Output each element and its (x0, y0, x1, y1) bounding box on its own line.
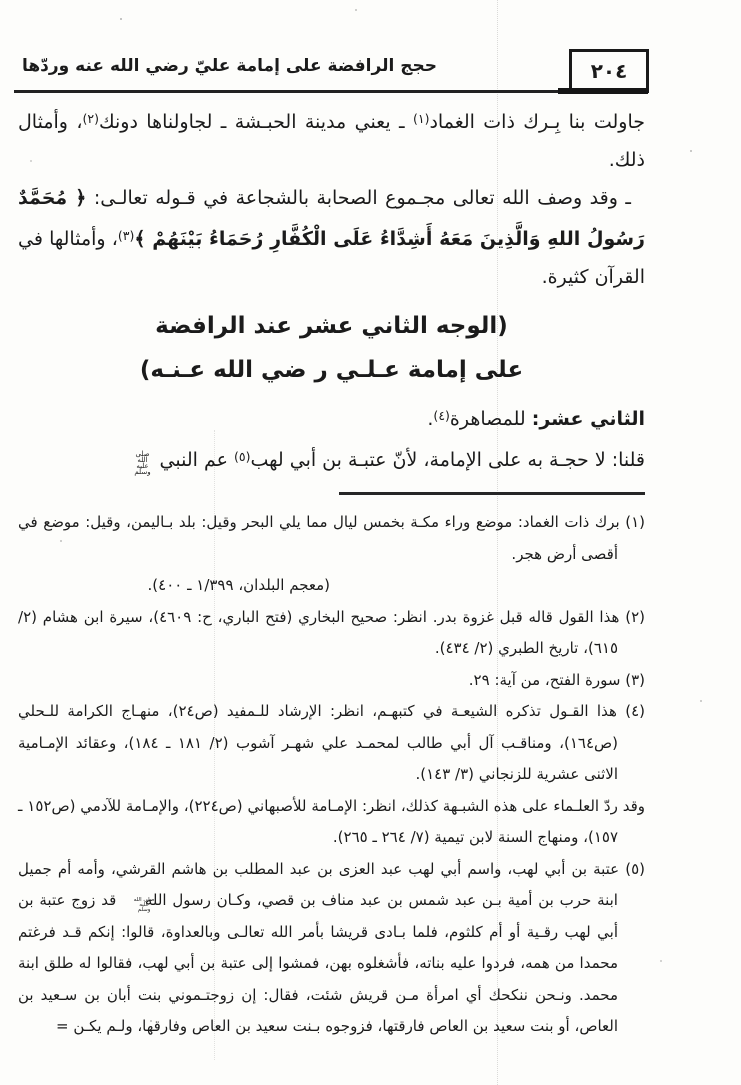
page-number: ٢٠٤ (591, 59, 628, 83)
footnote-text: هذا القول قاله قبل غزوة بدر. انظر: صحيح … (18, 608, 619, 658)
footnote-ref-2: (٢) (82, 111, 99, 126)
footnote-marker: (٤) (625, 702, 645, 720)
paragraph-twelfth-claim: الثاني عشر: للمصاهرة(٤). (18, 397, 645, 438)
scan-noise-specks (0, 0, 2, 2)
paragraph-text: للمصاهرة (450, 408, 532, 430)
twelfth-label: الثاني عشر: (532, 408, 645, 430)
footnote-text: هذا القـول تذكره الشيعـة في كتبهـم، انظر… (18, 702, 618, 783)
header-rule (14, 90, 646, 93)
page-number-box: ٢٠٤ (569, 49, 649, 93)
footnote-marker: (١) (625, 513, 645, 531)
section-heading-line1: (الوجه الثاني عشر عند الرافضة (18, 304, 645, 348)
paragraph-text: ـ وقد وصف الله تعالى مجـموع الصحابة بالش… (86, 187, 631, 209)
scan-noise-line (497, 0, 498, 1085)
paragraph-text: عم النبي (154, 449, 234, 471)
footnote-1: (١) برك ذات الغماد: موضع وراء مكـة بخمس … (18, 507, 645, 602)
saw-ligature-icon: صلى اللهعليهوسلم (132, 451, 154, 475)
running-header-title: حجج الرافضة على إمامة عليّ رضي الله عنه … (22, 56, 437, 76)
footnote-marker: (٢) (625, 608, 645, 626)
saw-ligature-icon: صلى اللهعليهوسلم (122, 898, 139, 913)
footnote-ref-4: (٤) (433, 408, 450, 423)
section-heading-line2: على إمامة عـلـي ر ضي الله عـنـه) (18, 348, 645, 392)
paragraph-sahaba-courage: ـ وقد وصف الله تعالى مجـموع الصحابة بالش… (18, 179, 645, 296)
paragraph-text: جاولت بنا بِـرك ذات الغماد (429, 111, 645, 133)
footnote-marker: (٥) (625, 860, 645, 878)
footnote-marker: (٣) (625, 671, 645, 689)
footnote-ref-3: (٣) (118, 228, 135, 243)
footnote-4-continuation: وقد ردّ العلـماء على هذه الشبـهة كذلك، ا… (18, 791, 645, 854)
footnote-text: برك ذات الغماد: موضع وراء مكـة بخمس ليال… (18, 513, 620, 563)
scanned-book-page: حجج الرافضة على إمامة عليّ رضي الله عنه … (0, 0, 741, 1085)
scan-noise-line (214, 430, 215, 1060)
paragraph-text: قلنا: لا حجـة به على الإمامة، لأنّ عتبـة… (250, 449, 645, 471)
paragraph-qulna-reply: قلنا: لا حجـة به على الإمامة، لأنّ عتبـة… (18, 438, 645, 479)
page-body: جاولت بنا بِـرك ذات الغماد(١) ـ يعني مدي… (18, 100, 645, 1043)
footnote-ref-5: (٥) (234, 449, 251, 464)
footnote-2: (٢) هذا القول قاله قبل غزوة بدر. انظر: ص… (18, 602, 645, 665)
footnote-text: قد زوج عتبة بن أبي لهب رقـية أو أم كلثوم… (18, 891, 618, 1035)
footnote-3: (٣) سورة الفتح، من آية: ٢٩. (18, 665, 645, 697)
footnote-separator (339, 492, 645, 495)
paragraph-text: ـ يعني مدينة الحبـشة ـ لجاولناها دونك (99, 111, 413, 133)
footnotes-section: (١) برك ذات الغماد: موضع وراء مكـة بخمس … (18, 507, 645, 1043)
footnote-ref-1: (١) (413, 111, 430, 126)
footnote-4: (٤) هذا القـول تذكره الشيعـة في كتبهـم، … (18, 696, 645, 791)
footnote-5: (٥) عتبة بن أبي لهب، واسم أبي لهب عبد ال… (18, 854, 645, 1043)
paragraph-bark-alghimad: جاولت بنا بِـرك ذات الغماد(١) ـ يعني مدي… (18, 100, 645, 179)
footnote-1-citation: (معجم البلدان، ١/٣٩٩ ـ ٤٠٠). (18, 570, 330, 602)
section-heading: (الوجه الثاني عشر عند الرافضة على إمامة … (18, 304, 645, 392)
footnote-text: سورة الفتح، من آية: ٢٩. (469, 671, 621, 689)
header-rule-thick-segment (558, 88, 648, 94)
